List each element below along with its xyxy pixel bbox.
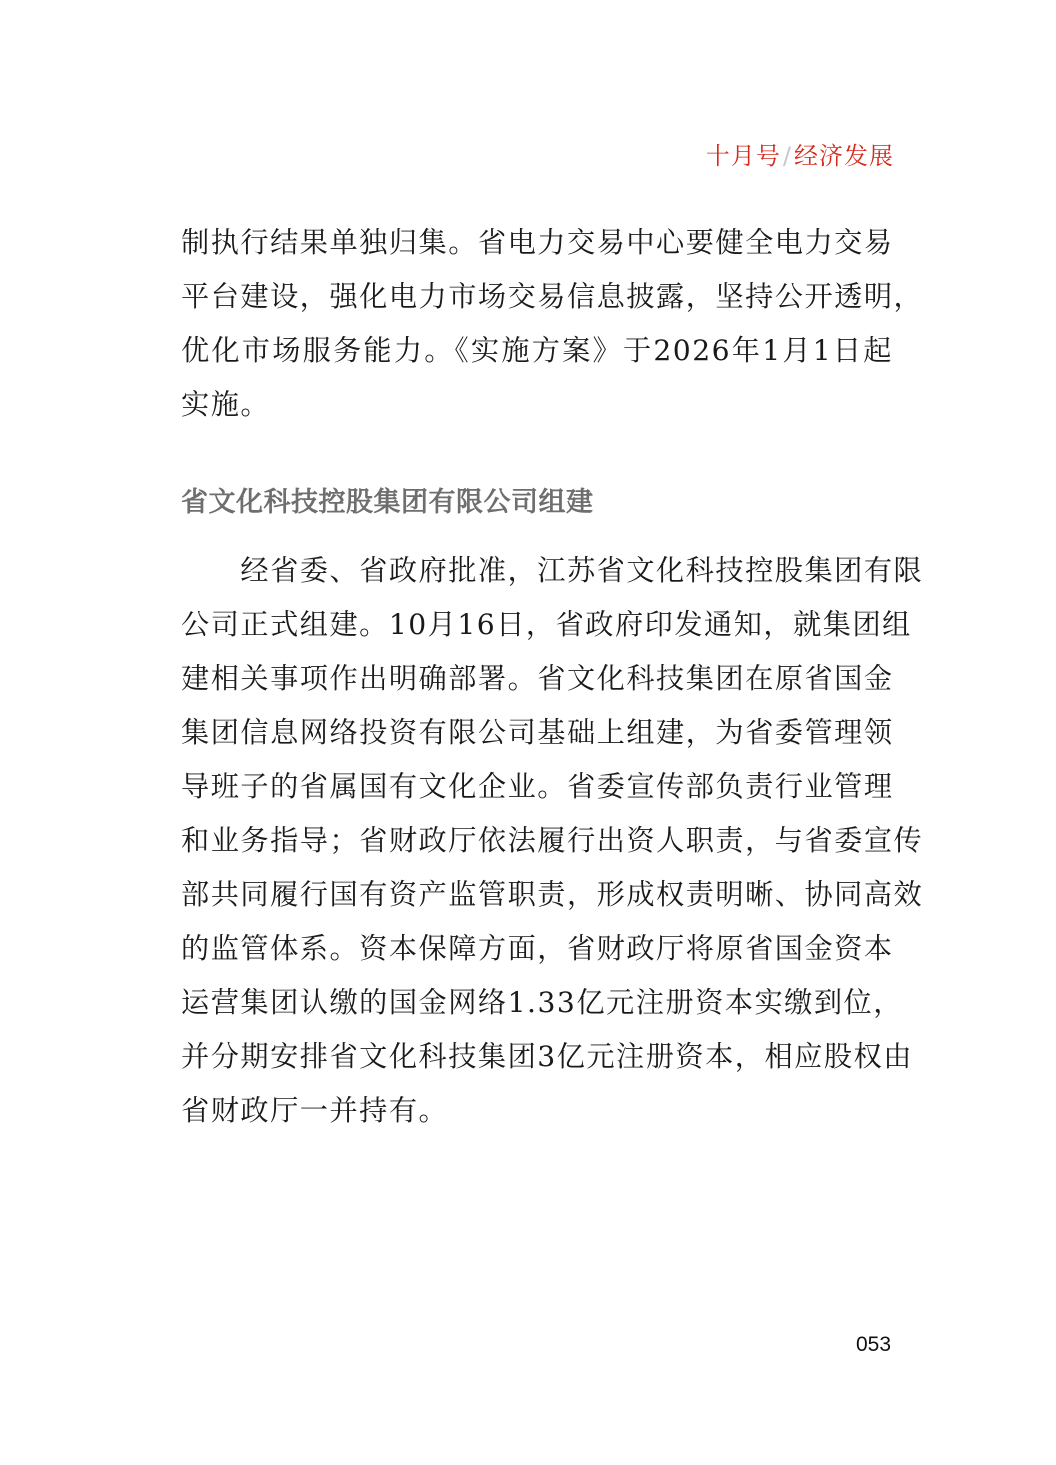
text-line: 部共同履行国有资产监管职责，形成权责明晰、协同高效: [181, 868, 893, 922]
page-number: 053: [856, 1333, 891, 1357]
text-line: 建相关事项作出明确部署。省文化科技集团在原省国金: [181, 652, 893, 706]
section-label: 经济发展: [794, 142, 894, 170]
text-line: 运营集团认缴的国金网络1.33亿元注册资本实缴到位，: [181, 976, 893, 1030]
text-line: 省财政厅一并持有。: [181, 1084, 893, 1138]
text-line: 制执行结果单独归集。省电力交易中心要健全电力交易: [181, 216, 893, 270]
section-heading: 省文化科技控股集团有限公司组建: [181, 480, 594, 519]
text-line: 公司正式组建。10月16日，省政府印发通知，就集团组: [181, 598, 893, 652]
text-line: 平台建设，强化电力市场交易信息披露，坚持公开透明，: [181, 270, 893, 324]
text-line: 的监管体系。资本保障方面，省财政厅将原省国金资本: [181, 922, 893, 976]
paragraph-continued: 制执行结果单独归集。省电力交易中心要健全电力交易 平台建设，强化电力市场交易信息…: [181, 216, 893, 432]
text-line: 实施。: [181, 378, 893, 432]
text-line: 优化市场服务能力。《实施方案》于2026年1月1日起: [181, 324, 893, 378]
header-separator: /: [783, 142, 792, 170]
text-line: 并分期安排省文化科技集团3亿元注册资本，相应股权由: [181, 1030, 893, 1084]
text-line: 集团信息网络投资有限公司基础上组建，为省委管理领: [181, 706, 893, 760]
text-line: 导班子的省属国有文化企业。省委宣传部负责行业管理: [181, 760, 893, 814]
issue-label: 十月号: [706, 142, 781, 170]
running-header: 十月号/经济发展: [706, 136, 894, 171]
section-body: 经省委、省政府批准，江苏省文化科技控股集团有限 公司正式组建。10月16日，省政…: [181, 544, 893, 1138]
text-line: 和业务指导；省财政厅依法履行出资人职责，与省委宣传: [181, 814, 893, 868]
text-line: 经省委、省政府批准，江苏省文化科技控股集团有限: [181, 544, 893, 598]
